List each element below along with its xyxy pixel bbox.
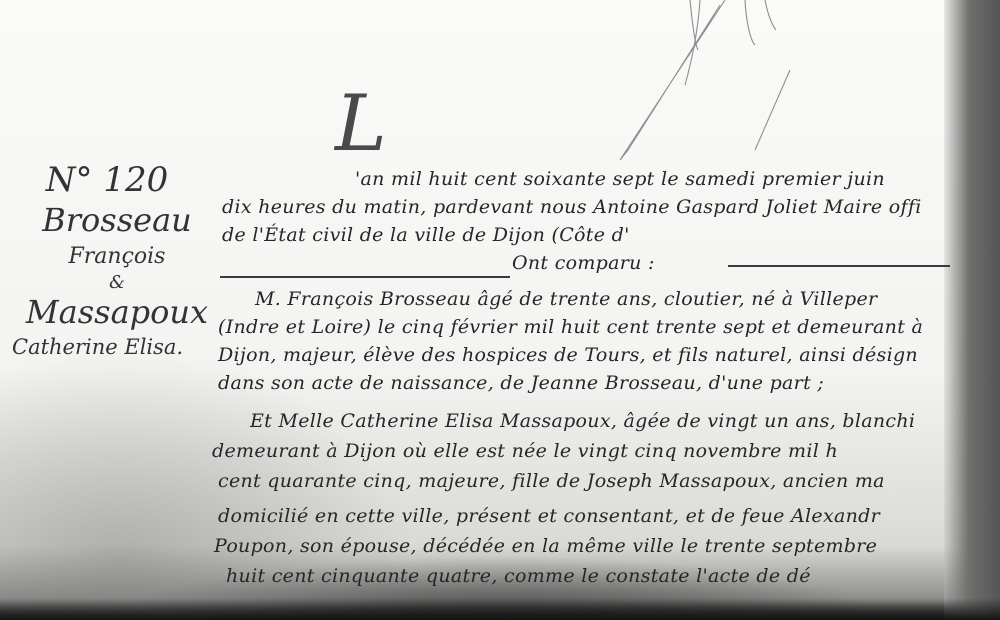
margin-annotation: N° 120 Brosseau François & Massapoux Cat… xyxy=(22,160,212,362)
bride-given-names: Catherine Elisa. xyxy=(12,332,212,362)
divider-line xyxy=(220,276,510,278)
body-line: domicilié en cette ville, présent et con… xyxy=(218,505,880,527)
bride-surname: Massapoux xyxy=(22,292,212,332)
initial-letter: L xyxy=(335,85,387,163)
body-line: Poupon, son épouse, décédée en la même v… xyxy=(214,535,877,557)
body-line: Dijon, majeur, élève des hospices de Tou… xyxy=(218,344,918,366)
groom-surname: Brosseau xyxy=(22,200,212,240)
groom-given-name: François xyxy=(22,240,212,274)
body-line: cent quarante cinq, majeure, fille de Jo… xyxy=(218,470,885,492)
body-line: de l'État civil de la ville de Dijon (Cô… xyxy=(222,224,630,246)
body-line: Ont comparu : xyxy=(512,252,655,274)
body-line: huit cent cinquante quatre, comme le con… xyxy=(226,565,811,587)
body-line: (Indre et Loire) le cinq février mil hui… xyxy=(218,316,923,338)
pencil-scribble-icon xyxy=(580,0,800,170)
body-line: dix heures du matin, pardevant nous Anto… xyxy=(222,196,922,218)
page-right-shadow xyxy=(944,0,1000,620)
body-line: dans son acte de naissance, de Jeanne Br… xyxy=(218,372,824,394)
scanned-document-page: N° 120 Brosseau François & Massapoux Cat… xyxy=(0,0,1000,620)
page-bottom-shadow xyxy=(0,598,1000,620)
body-line: Et Melle Catherine Elisa Massapoux, âgée… xyxy=(250,410,915,432)
body-line: 'an mil huit cent soixante sept le samed… xyxy=(355,168,885,190)
body-line: M. François Brosseau âgé de trente ans, … xyxy=(255,288,877,310)
body-line: demeurant à Dijon où elle est née le vin… xyxy=(212,440,838,462)
conjunction: & xyxy=(22,274,212,292)
divider-line xyxy=(728,265,950,267)
record-number: N° 120 xyxy=(2,160,212,200)
